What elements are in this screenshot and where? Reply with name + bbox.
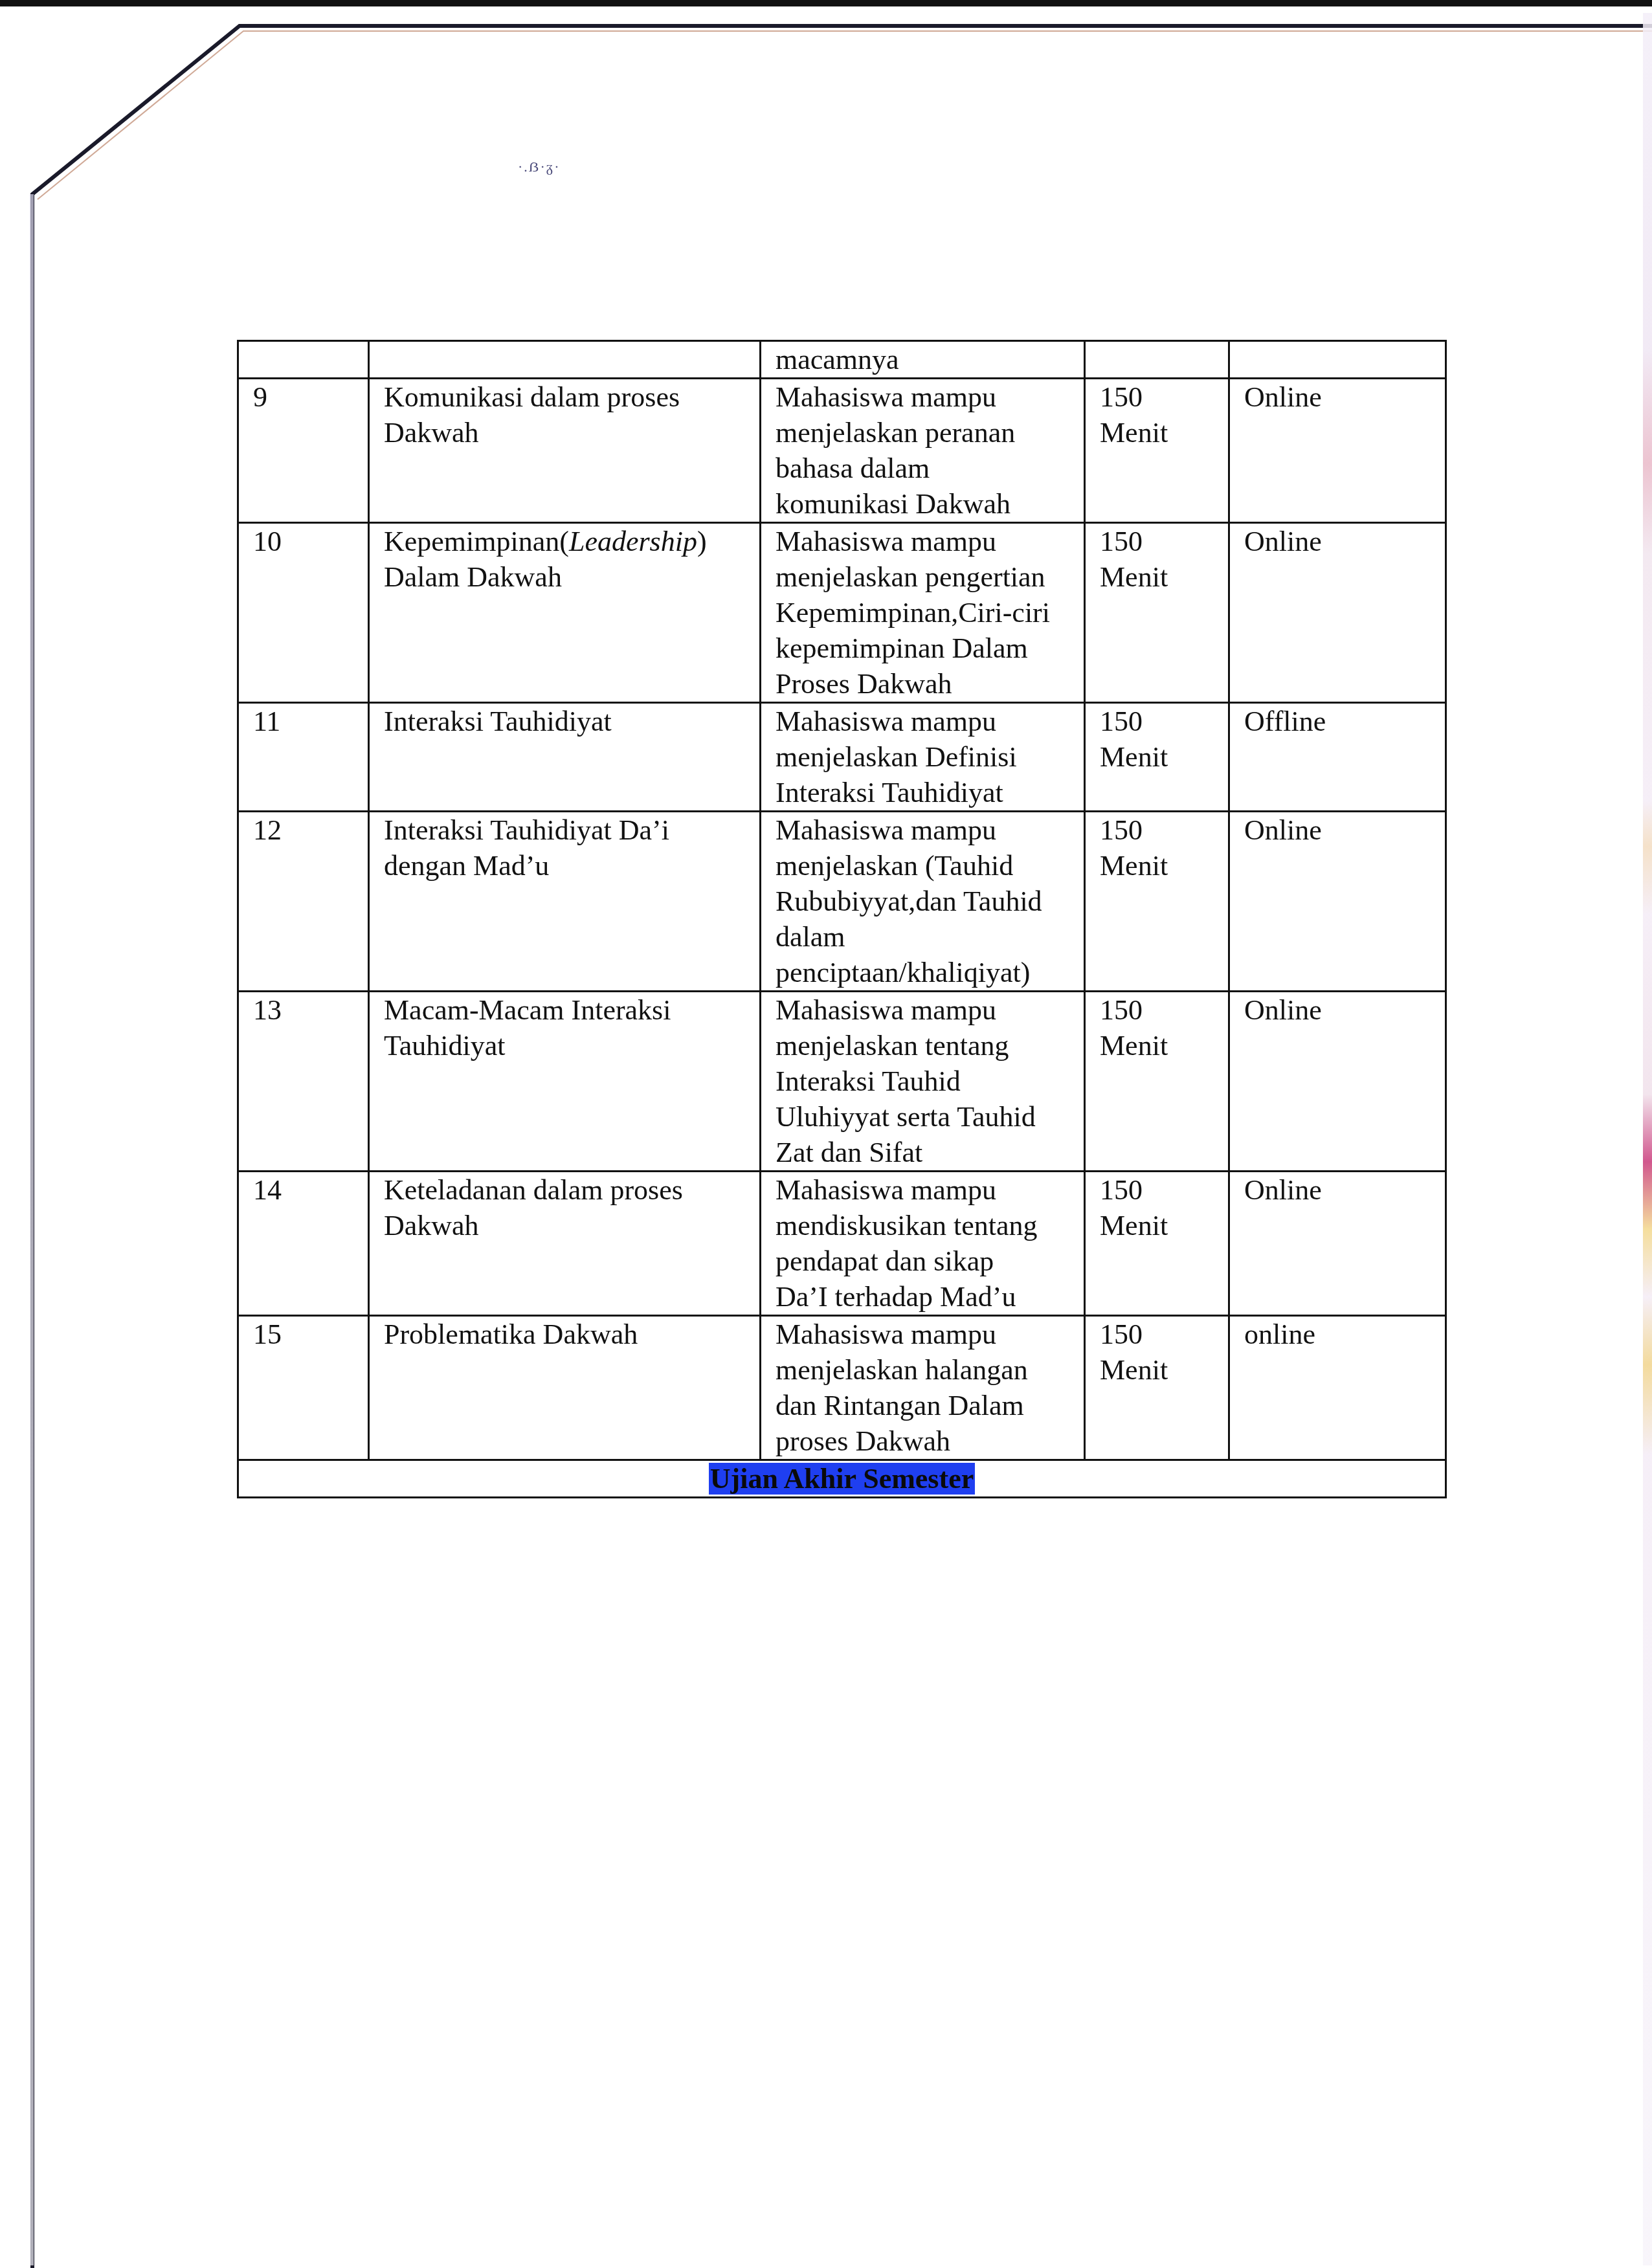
cell-mode: Online — [1229, 992, 1446, 1172]
cell-objective: Mahasiswa mampu menjelaskan halangan dan… — [761, 1316, 1085, 1460]
cell-topic: Macam-Macam Interaksi Tauhidiyat — [369, 992, 761, 1172]
scan-speck: ·.ẞ·ᵹ· — [518, 159, 561, 175]
table-row: 9 Komunikasi dalam proses Dakwah Mahasis… — [238, 379, 1446, 523]
scan-top-edge — [0, 0, 1652, 6]
cell-objective: Mahasiswa mampu menjelaskan tentang Inte… — [761, 992, 1085, 1172]
cell-mode — [1229, 341, 1446, 379]
cell-topic: Interaksi Tauhidiyat Da’i dengan Mad’u — [369, 812, 761, 992]
cell-objective: Mahasiswa mampu menjelaskan (Tauhid Rubu… — [761, 812, 1085, 992]
cell-topic: Keteladanan dalam proses Dakwah — [369, 1172, 761, 1316]
table-row: 14 Keteladanan dalam proses Dakwah Mahas… — [238, 1172, 1446, 1316]
schedule-table: macamnya 9 Komunikasi dalam proses Dakwa… — [237, 340, 1447, 1498]
final-exam-label: Ujian Akhir Semester — [709, 1463, 975, 1495]
cell-duration: 150 Menit — [1085, 379, 1229, 523]
cell-topic: Komunikasi dalam proses Dakwah — [369, 379, 761, 523]
table-row-final-exam: Ujian Akhir Semester — [238, 1460, 1446, 1498]
cell-objective: Mahasiswa mampu menjelaskan Definisi Int… — [761, 703, 1085, 812]
cell-duration: 150 Menit — [1085, 703, 1229, 812]
cell-no: 15 — [238, 1316, 369, 1460]
table-row: 13 Macam-Macam Interaksi Tauhidiyat Maha… — [238, 992, 1446, 1172]
cell-mode: Online — [1229, 379, 1446, 523]
cell-objective: Mahasiswa mampu mendiskusikan tentang pe… — [761, 1172, 1085, 1316]
scan-right-edge — [1643, 13, 1652, 2265]
cell-no: 12 — [238, 812, 369, 992]
cell-no: 13 — [238, 992, 369, 1172]
final-exam-cell: Ujian Akhir Semester — [238, 1460, 1446, 1498]
table-row: 10 Kepemimpinan(Leadership) Dalam Dakwah… — [238, 523, 1446, 703]
cell-objective: Mahasiswa mampu menjelaskan peranan baha… — [761, 379, 1085, 523]
table-row-continuation: macamnya — [238, 341, 1446, 379]
cell-mode: Online — [1229, 523, 1446, 703]
cell-no — [238, 341, 369, 379]
cell-mode: Online — [1229, 812, 1446, 992]
cell-duration: 150 Menit — [1085, 1316, 1229, 1460]
cell-duration: 150 Menit — [1085, 1172, 1229, 1316]
cell-duration — [1085, 341, 1229, 379]
cell-topic: Kepemimpinan(Leadership) Dalam Dakwah — [369, 523, 761, 703]
table-row: 12 Interaksi Tauhidiyat Da’i dengan Mad’… — [238, 812, 1446, 992]
cell-duration: 150 Menit — [1085, 992, 1229, 1172]
table-row: 11 Interaksi Tauhidiyat Mahasiswa mampu … — [238, 703, 1446, 812]
cell-mode: Online — [1229, 1172, 1446, 1316]
cell-no: 11 — [238, 703, 369, 812]
cell-topic — [369, 341, 761, 379]
cell-duration: 150 Menit — [1085, 523, 1229, 703]
cell-topic: Problematika Dakwah — [369, 1316, 761, 1460]
cell-objective: macamnya — [761, 341, 1085, 379]
cell-no: 14 — [238, 1172, 369, 1316]
cell-mode: online — [1229, 1316, 1446, 1460]
cell-no: 9 — [238, 379, 369, 523]
scan-left-edge — [30, 194, 34, 2265]
table-row: 15 Problematika Dakwah Mahasiswa mampu m… — [238, 1316, 1446, 1460]
cell-objective: Mahasiswa mampu menjelaskan pengertian K… — [761, 523, 1085, 703]
cell-duration: 150 Menit — [1085, 812, 1229, 992]
cell-topic: Interaksi Tauhidiyat — [369, 703, 761, 812]
topic-italic: Leadership — [569, 526, 697, 557]
cell-mode: Offline — [1229, 703, 1446, 812]
cell-no: 10 — [238, 523, 369, 703]
topic-prefix: Kepemimpinan( — [384, 526, 569, 557]
